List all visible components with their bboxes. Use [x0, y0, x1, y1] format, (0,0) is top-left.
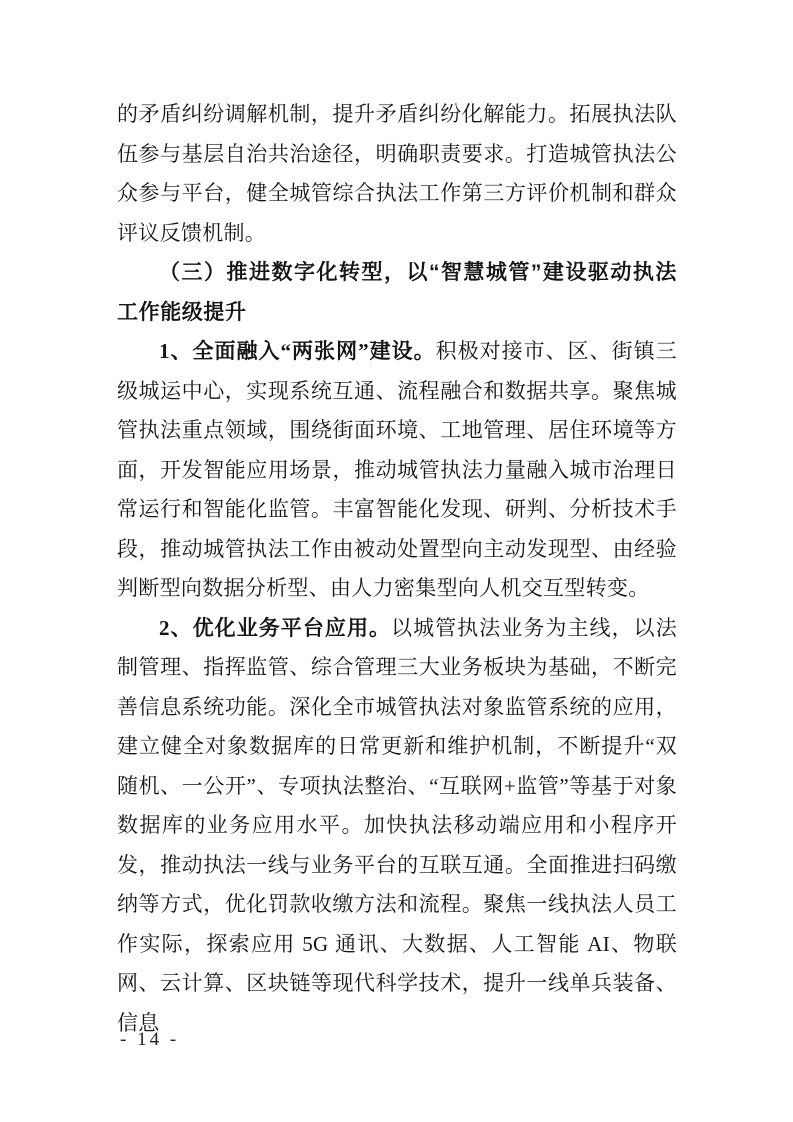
item-2-lead: 2、优化业务平台应用。	[159, 616, 391, 640]
paragraph-continuation-text: 的矛盾纠纷调解机制，提升矛盾纠纷化解能力。拓展执法队伍参与基层自治共治途径，明确…	[117, 102, 677, 245]
section-heading: （三）推进数字化转型，以“智慧城管”建设驱动执法工作能级提升	[117, 253, 677, 332]
paragraph-continuation: 的矛盾纠纷调解机制，提升矛盾纠纷化解能力。拓展执法队伍参与基层自治共治途径，明确…	[117, 95, 677, 253]
item-1-body: 积极对接市、区、街镇三级城运中心，实现系统互通、流程融合和数据共享。聚焦城管执法…	[117, 339, 677, 600]
item-1-lead: 1、全面融入“两张网”建设。	[159, 339, 436, 363]
document-page: 的矛盾纠纷调解机制，提升矛盾纠纷化解能力。拓展执法队伍参与基层自治共治途径，明确…	[0, 0, 793, 1122]
paragraph-item-2: 2、优化业务平台应用。以城管执法业务为主线，以法制管理、指挥监管、综合管理三大业…	[117, 609, 677, 1044]
paragraph-item-1: 1、全面融入“两张网”建设。积极对接市、区、街镇三级城运中心，实现系统互通、流程…	[117, 332, 677, 609]
page-number: - 14 -	[120, 1028, 179, 1052]
item-2-body: 以城管执法业务为主线，以法制管理、指挥监管、综合管理三大业务板块为基础，不断完善…	[117, 616, 677, 1035]
document-body: 的矛盾纠纷调解机制，提升矛盾纠纷化解能力。拓展执法队伍参与基层自治共治途径，明确…	[117, 95, 677, 1043]
section-heading-text: （三）推进数字化转型，以“智慧城管”建设驱动执法工作能级提升	[117, 261, 677, 324]
